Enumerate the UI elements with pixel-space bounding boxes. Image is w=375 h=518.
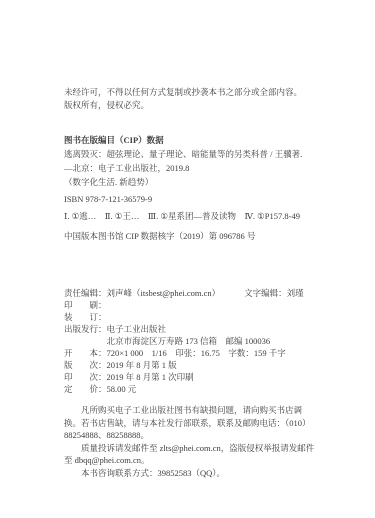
row-value: 2019 年 8 月第 1 次印刷	[107, 372, 194, 382]
imprint-row-format: 开 本：720×1 000 1/16 印张：16.75 字数：159 千字	[64, 347, 317, 359]
row-value: 720×1 000 1/16 印张：16.75 字数：159 千字	[107, 348, 286, 358]
editor-label: 责任编辑：	[64, 288, 107, 298]
copyright-notice: 未经许可，不得以任何方式复制或抄袭本书之部分或全部内容。 版权所有，侵权必究。	[64, 86, 317, 112]
complaint-notice: 质量投诉请发邮件至 zlts@phei.com.cn，盗版侵权举报请发邮件至 d…	[64, 442, 317, 467]
cip-classification-line: Ⅰ. ①逃… Ⅱ. ①王… Ⅲ. ①星系团—普及读物 Ⅳ. ①P157.8-49	[64, 209, 317, 223]
colophon-page: 未经许可，不得以任何方式复制或抄袭本书之部分或全部内容。 版权所有，侵权必究。 …	[0, 0, 375, 518]
row-label: 开 本：	[64, 348, 107, 358]
contact-notice: 本书咨询联系方式：39852583（QQ）。	[64, 467, 317, 480]
editor-value: 刘声峰（itsbest@phei.com.cn）	[107, 288, 221, 298]
row-label: 定 价：	[64, 384, 107, 394]
cip-publisher-line: —北京：电子工业出版社，2019.8	[64, 161, 317, 175]
imprint-row-printing: 印 刷：	[64, 299, 317, 311]
row-label: 出版发行：	[64, 324, 107, 334]
editor-row: 责任编辑：刘声峰（itsbest@phei.com.cn）文字编辑：刘瑾	[64, 287, 317, 299]
service-notices: 凡所购买电子工业出版社图书有缺损问题，请向购买书店调换。若书店售缺，请与本社发行…	[64, 404, 317, 479]
row-label: 印 刷：	[64, 300, 107, 310]
text-editor-value: 刘瑾	[287, 288, 304, 298]
text-editor-pair: 文字编辑：刘瑾	[244, 288, 304, 298]
row-value: 58.00 元	[107, 384, 137, 394]
publisher-address: 北京市海淀区万寿路 173 信箱 邮编 100036	[64, 336, 270, 346]
imprint-row-address: 北京市海淀区万寿路 173 信箱 邮编 100036	[64, 335, 317, 347]
cip-heading: 图书在版编目（CIP）数据	[64, 133, 317, 147]
cip-series-line: （数字化生活. 新趋势）	[64, 175, 317, 189]
imprint-block: 责任编辑：刘声峰（itsbest@phei.com.cn）文字编辑：刘瑾 印 刷…	[64, 287, 317, 395]
copyright-warning-line: 未经许可，不得以任何方式复制或抄袭本书之部分或全部内容。	[64, 86, 317, 99]
row-label: 装 订：	[64, 312, 107, 322]
row-value: 电子工业出版社	[107, 324, 167, 334]
imprint-row-binding: 装 订：	[64, 311, 317, 323]
exchange-notice: 凡所购买电子工业出版社图书有缺损问题，请向购买书店调换。若书店售缺，请与本社发行…	[64, 404, 317, 442]
all-rights-reserved-line: 版权所有，侵权必究。	[64, 99, 317, 112]
cip-record-number-line: 中国版本图书馆 CIP 数据核字（2019）第 096786 号	[64, 229, 317, 243]
text-editor-label: 文字编辑：	[244, 288, 287, 298]
row-value: 2019 年 8 月第 1 版	[107, 360, 177, 370]
imprint-row-publisher: 出版发行：电子工业出版社	[64, 323, 317, 335]
imprint-row-price: 定 价：58.00 元	[64, 383, 317, 395]
cip-title-line: 逃离毁灭：超弦理论、量子理论、暗能量等的另类科普 / 王骥著.	[64, 147, 317, 161]
cip-block: 图书在版编目（CIP）数据 逃离毁灭：超弦理论、量子理论、暗能量等的另类科普 /…	[64, 133, 317, 243]
isbn-line: ISBN 978-7-121-36579-9	[64, 192, 317, 206]
imprint-row-edition: 版 次：2019 年 8 月第 1 版	[64, 359, 317, 371]
row-label: 版 次：	[64, 360, 107, 370]
row-label: 印 次：	[64, 372, 107, 382]
imprint-row-impression: 印 次：2019 年 8 月第 1 次印刷	[64, 371, 317, 383]
